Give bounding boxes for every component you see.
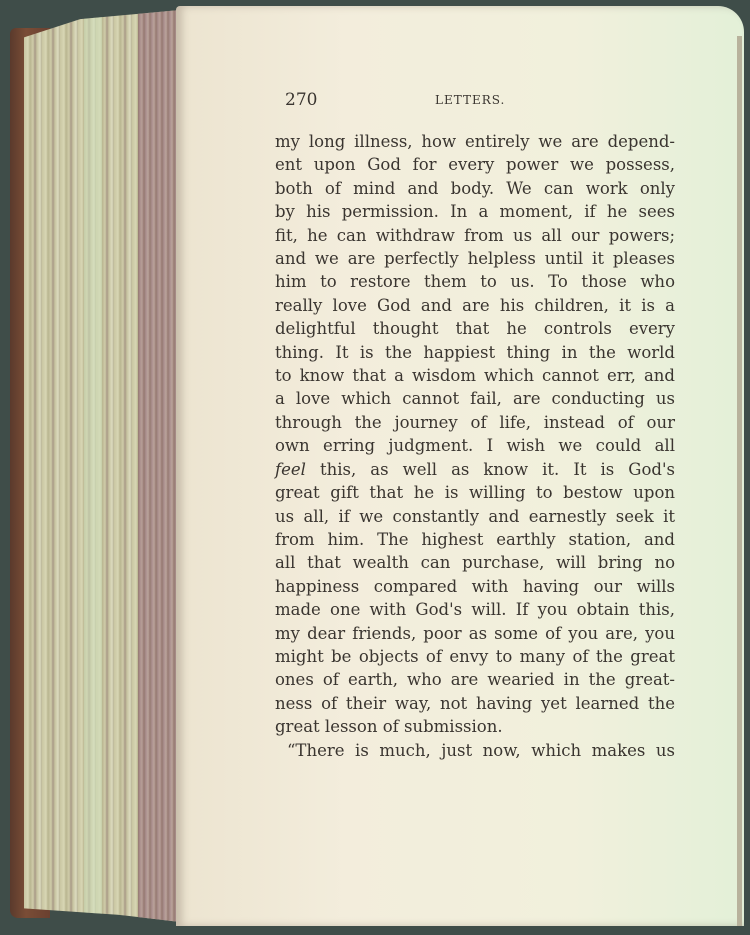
text-line-with-italic: feel this, as well as know it. It is God… (275, 458, 675, 481)
text-line-rest: this, as well as know it. It is God's (306, 460, 675, 479)
text-line: through the journey of life, instead of … (275, 411, 675, 434)
text-line: “There is much, just now, which makes us (275, 739, 675, 762)
text-line: ent upon God for every power we possess, (275, 153, 675, 176)
text-line: and we are perfectly helpless until it p… (275, 247, 675, 270)
page-stack-edge (24, 10, 180, 922)
text-line: from him. The highest earthly station, a… (275, 528, 675, 551)
text-line: own erring judgment. I wish we could all (275, 434, 675, 457)
text-line: my dear friends, poor as some of you are… (275, 622, 675, 645)
text-line: ness of their way, not having yet learne… (275, 692, 675, 715)
page-number: 270 (285, 90, 317, 110)
running-head: LETTERS. (435, 93, 505, 107)
text-line: by his permission. In a moment, if he se… (275, 200, 675, 223)
page-edge (737, 36, 742, 926)
italic-word: feel (275, 460, 306, 479)
page-header: 270 LETTERS. (285, 90, 675, 110)
text-line: us all, if we constantly and earnestly s… (275, 505, 675, 528)
text-line: really love God and are his children, it… (275, 294, 675, 317)
text-line: all that wealth can purchase, will bring… (275, 551, 675, 574)
text-line: delightful thought that he controls ever… (275, 317, 675, 340)
text-line: to know that a wisdom which cannot err, … (275, 364, 675, 387)
text-line: my long illness, how entirely we are dep… (275, 130, 675, 153)
text-line: great lesson of submission. (275, 715, 675, 738)
text-line: might be objects of envy to many of the … (275, 645, 675, 668)
text-line: made one with God's will. If you obtain … (275, 598, 675, 621)
body-text: my long illness, how entirely we are dep… (275, 130, 675, 762)
text-line: fit, he can withdraw from us all our pow… (275, 224, 675, 247)
text-line: ones of earth, who are wearied in the gr… (275, 668, 675, 691)
text-line: thing. It is the happiest thing in the w… (275, 341, 675, 364)
text-line: him to restore them to us. To those who (275, 270, 675, 293)
text-line: happiness compared with having our wills (275, 575, 675, 598)
text-line: both of mind and body. We can work only (275, 177, 675, 200)
text-line: great gift that he is willing to bestow … (275, 481, 675, 504)
text-line: a love which cannot fail, are conducting… (275, 387, 675, 410)
